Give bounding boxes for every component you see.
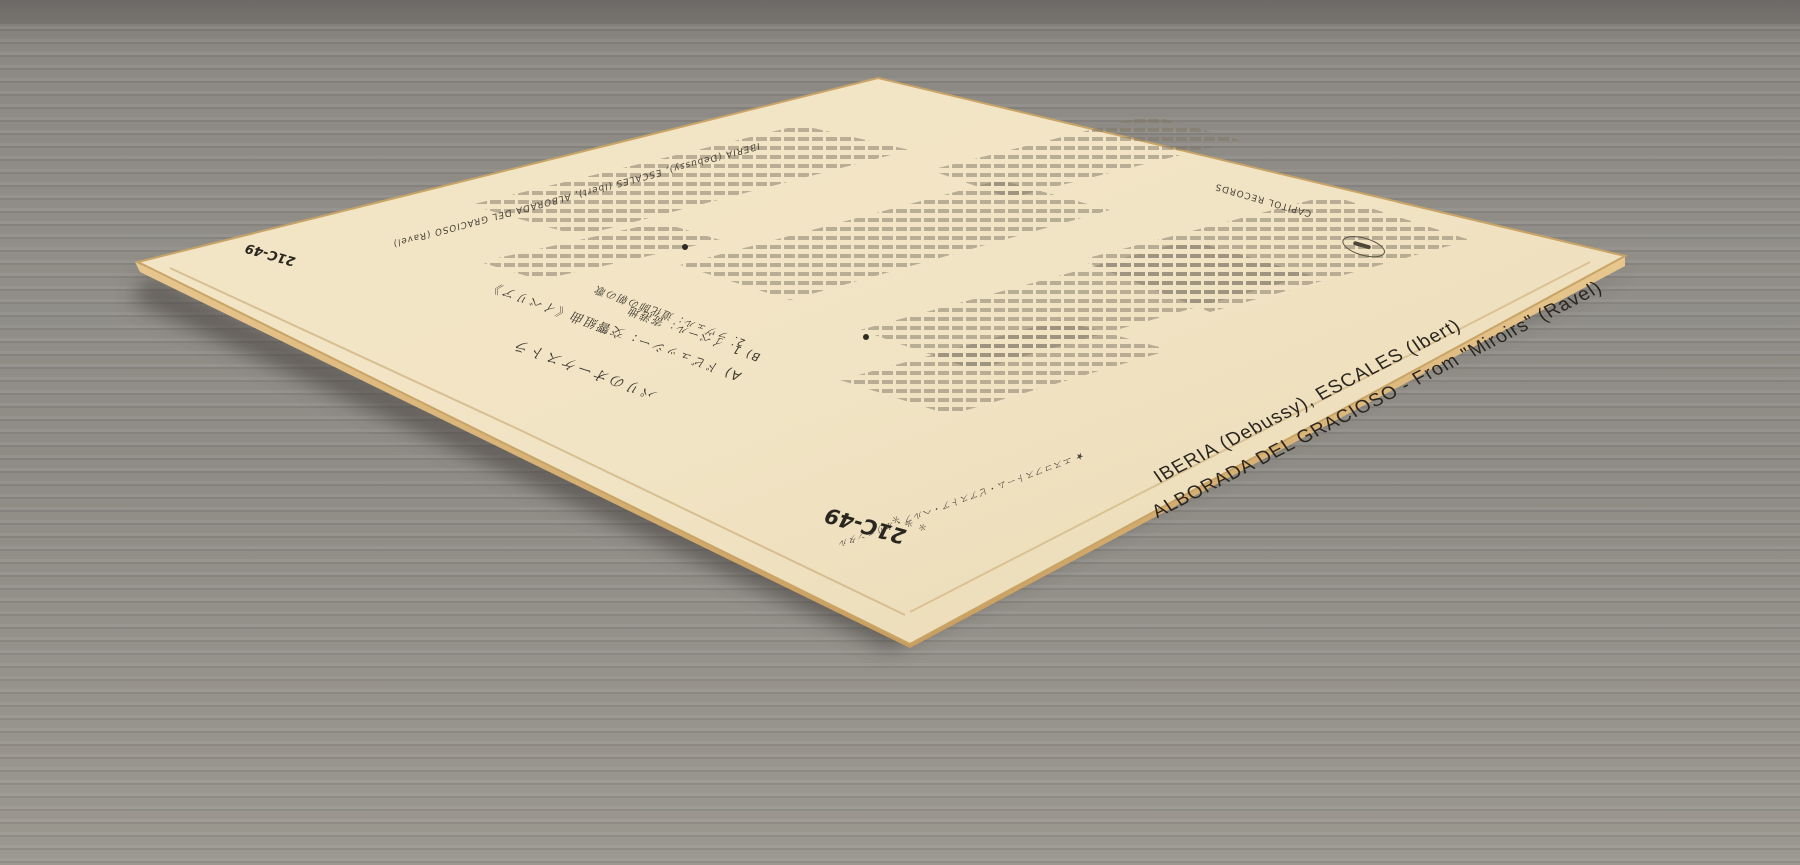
record-jacket	[0, 0, 1800, 865]
photo-scene: IBERIA (Debussy), ESCALES (Ibert) ALBORA…	[0, 0, 1800, 865]
